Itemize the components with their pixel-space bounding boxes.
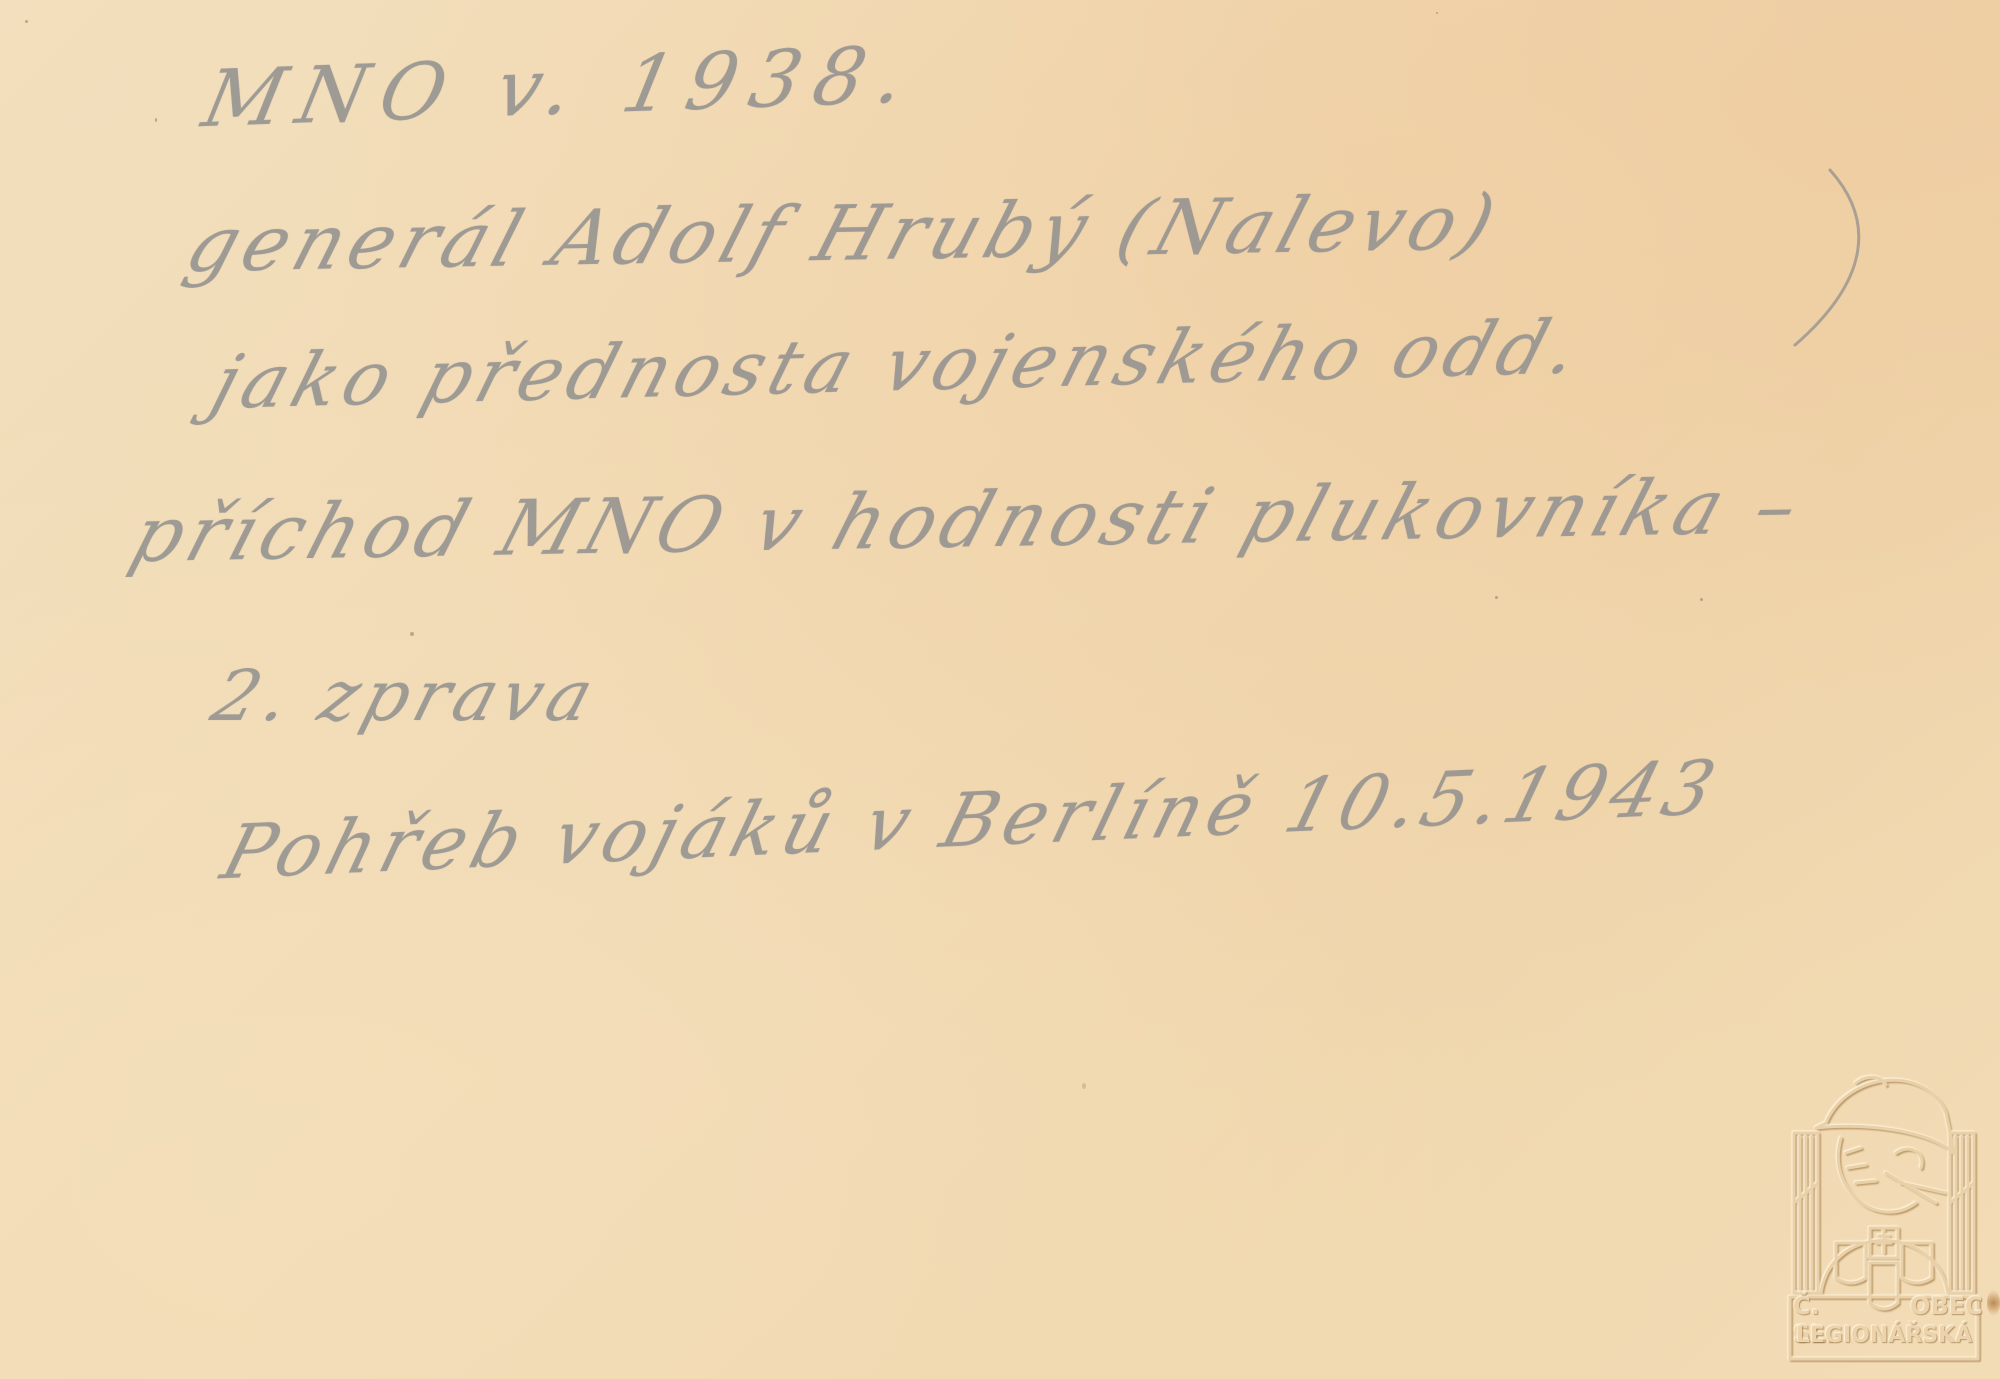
stamp-text-legionarska: LEGIONÁŘSKÁ: [1790, 1323, 1978, 1348]
photo-reverse-paper: MNO v. 1938. generál Adolf Hrubý (Nalevo…: [0, 0, 2000, 1379]
paper-speck: [1082, 1083, 1086, 1089]
paper-stain: [1987, 1290, 2000, 1316]
stamp-text-obec: OBEC: [1910, 1292, 1980, 1320]
paper-speck: [410, 632, 414, 636]
handwriting-line-4: příchod MNO v hodnosti plukovníka –: [121, 461, 1815, 580]
paper-speck: [155, 118, 157, 122]
paper-speck: [1700, 598, 1703, 601]
handwriting-line-3: jako přednosta vojenského odd.: [202, 304, 1595, 426]
handwriting-line-5: 2. zprava: [203, 655, 608, 737]
paper-speck: [1495, 596, 1498, 599]
handwriting-line-1: MNO v. 1938.: [195, 30, 926, 146]
paper-speck: [1436, 12, 1438, 14]
paper-speck: [25, 20, 28, 23]
handwriting-line-6: Pohřeb vojáků v Berlíně 10.5.1943: [213, 744, 1730, 896]
handwriting-line-2: generál Adolf Hrubý (Nalevo): [176, 177, 1511, 289]
pencil-parenthesis-arc: [1700, 160, 1880, 350]
